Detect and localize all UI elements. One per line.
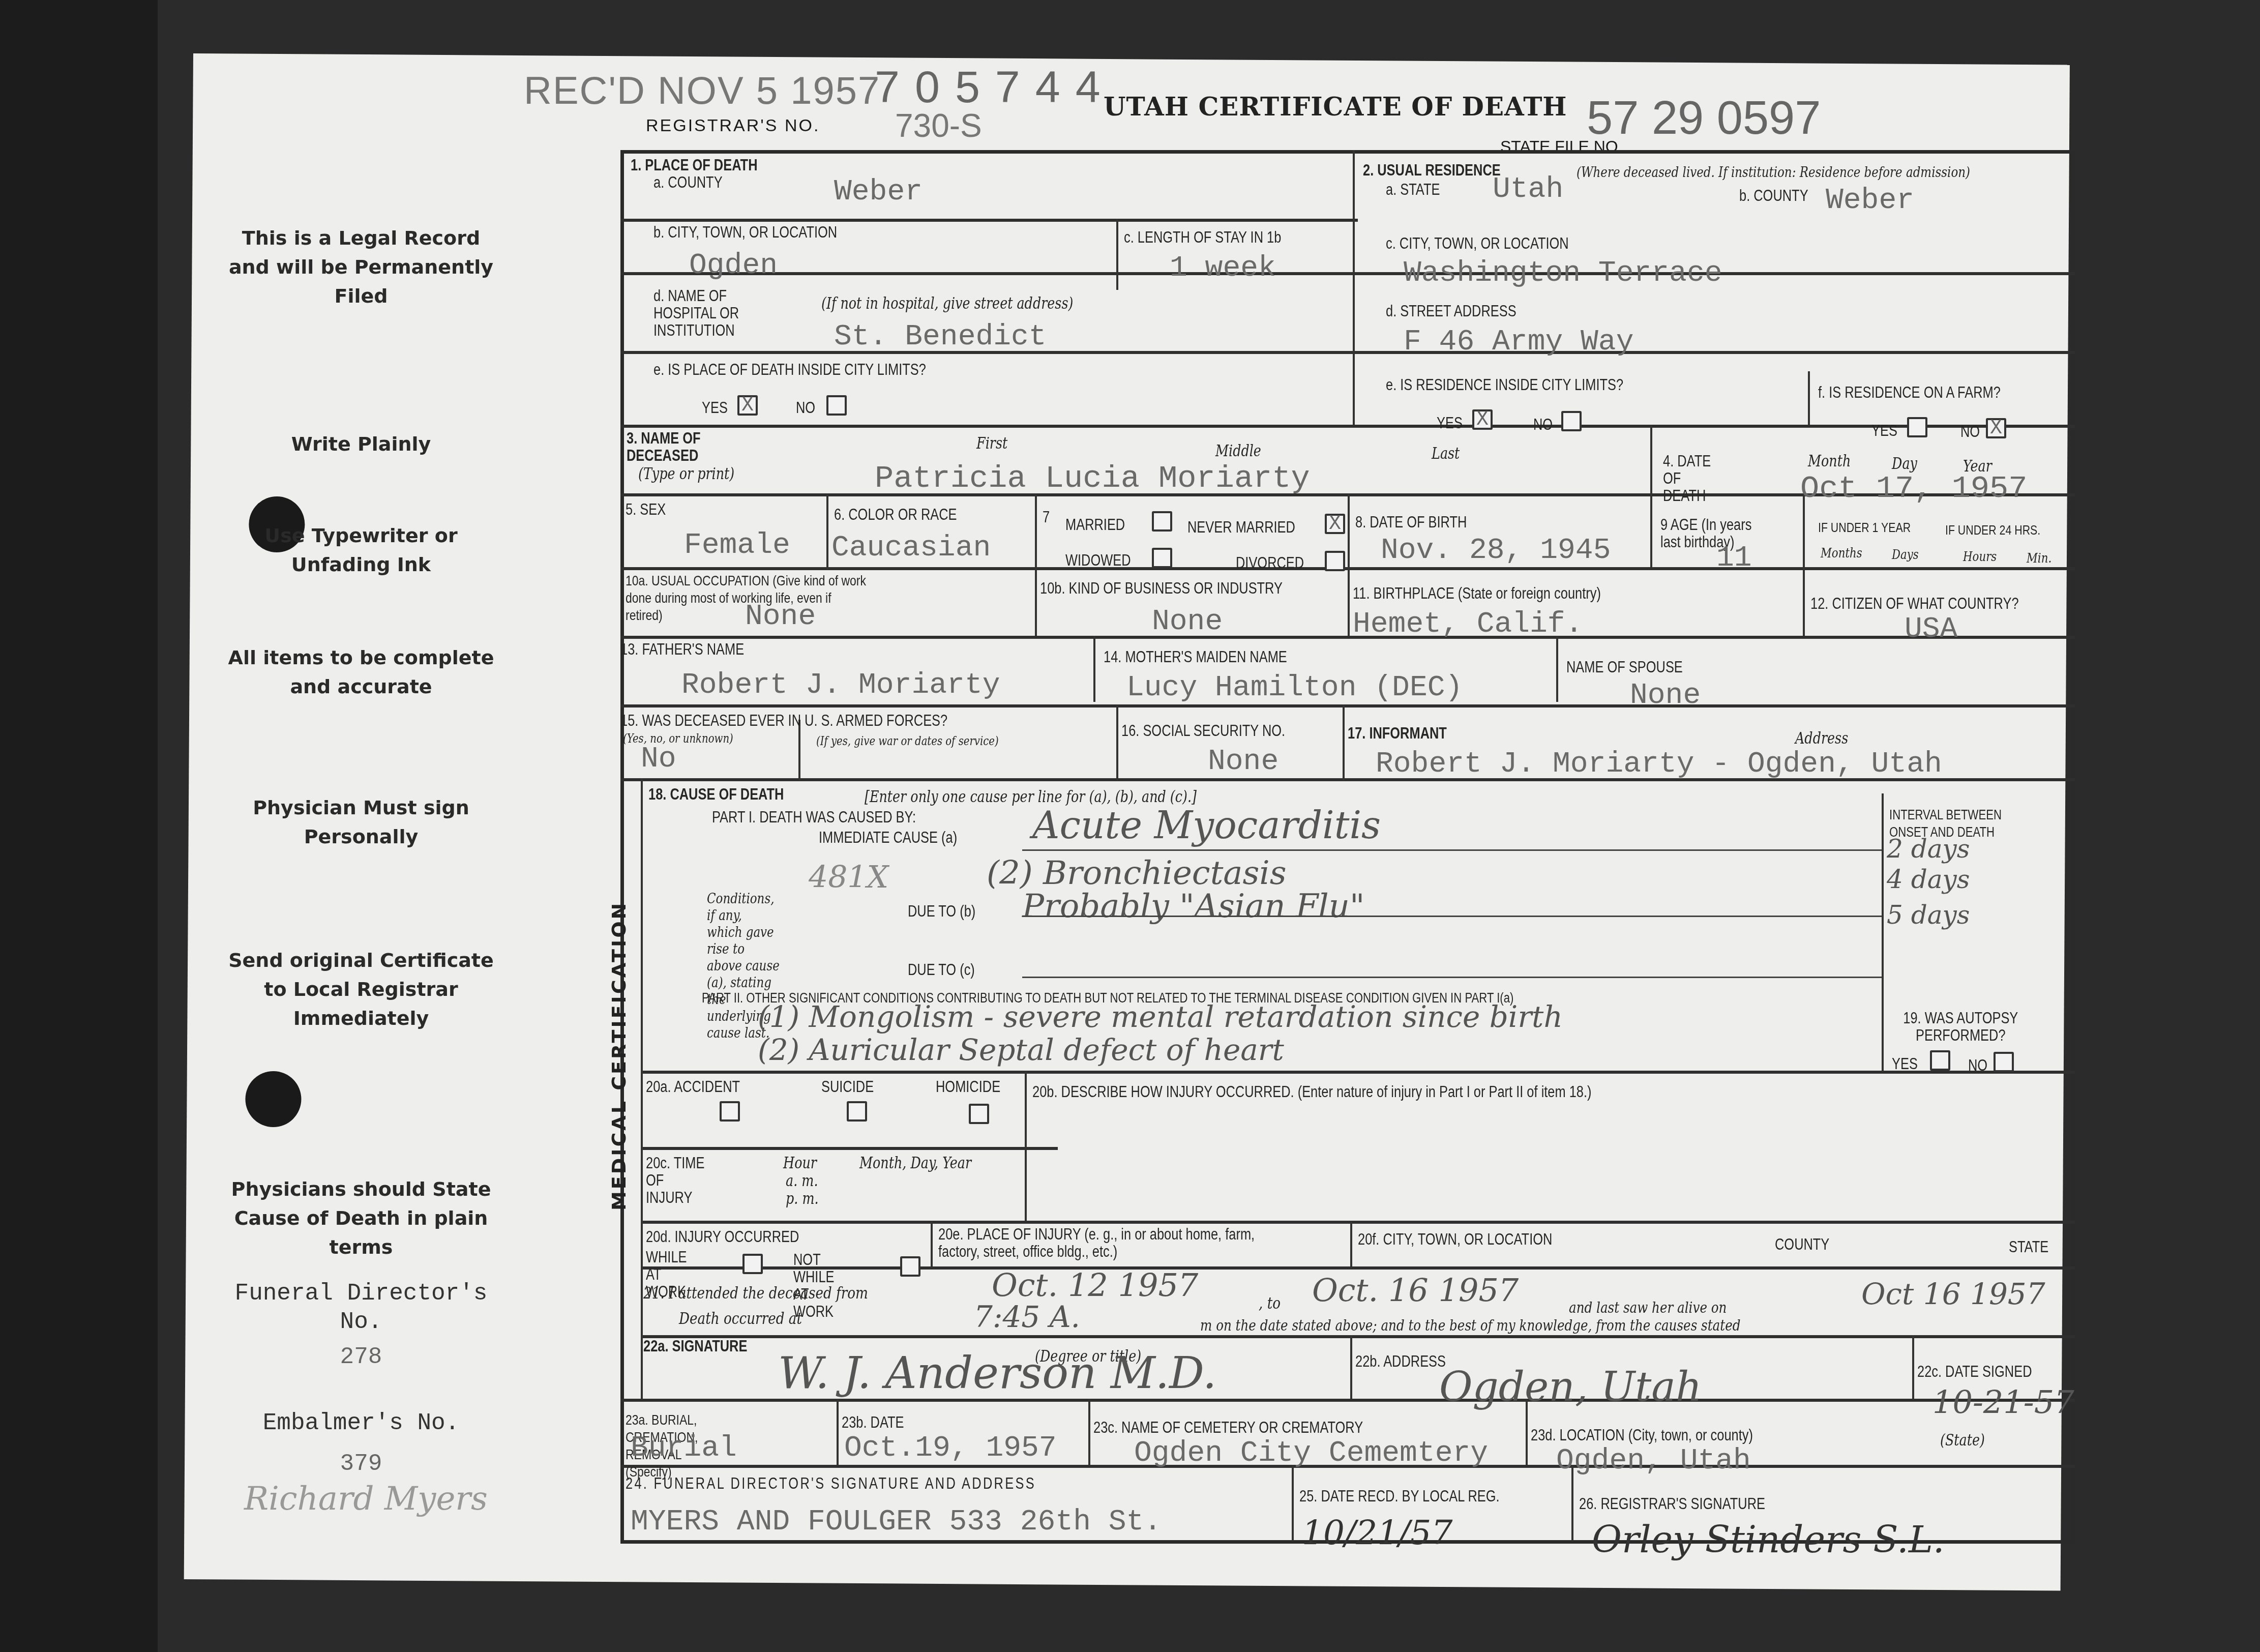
spouse-label: NAME OF SPOUSE — [1566, 659, 1683, 676]
armed-forces-label: 15. WAS DECEASED EVER IN U. S. ARMED FOR… — [620, 712, 947, 729]
death-inside-yes-label: YES — [702, 399, 728, 417]
physician-signature[interactable]: W. J. Anderson M.D. — [778, 1348, 1216, 1399]
under-1-year-label: IF UNDER 1 YEAR — [1818, 519, 1911, 536]
death-inside-limits-label: e. IS PLACE OF DEATH INSIDE CITY LIMITS? — [653, 361, 926, 378]
funeral-director-no-label: Funeral Director's No. — [219, 1279, 503, 1336]
occupation-value[interactable]: None — [745, 600, 816, 633]
death-occurred-label: Death occurred at — [679, 1310, 802, 1327]
hospital-hint: (If not in hospital, give street address… — [821, 295, 1073, 312]
residence-farm-label: f. IS RESIDENCE ON A FARM? — [1818, 384, 2001, 401]
citizen-value[interactable]: USA — [1905, 613, 1957, 646]
mother-name-label: 14. MOTHER'S MAIDEN NAME — [1104, 648, 1287, 666]
hour-label: Hour — [783, 1155, 817, 1172]
informant-value[interactable]: Robert J. Moriarty - Ogden, Utah — [1376, 748, 1942, 781]
cause-code: 481X — [809, 860, 888, 895]
usual-residence-hint: (Where deceased lived. If institution: R… — [1577, 164, 1970, 181]
autopsy-yes-checkbox[interactable] — [1930, 1050, 1950, 1071]
suicide-checkbox[interactable] — [847, 1101, 867, 1122]
embalmer-signature: Richard Myers — [244, 1480, 488, 1518]
hours-label: Hours — [1963, 548, 1997, 566]
residence-inside-no-checkbox[interactable] — [1561, 411, 1582, 431]
month-day-year-label: Month, Day, Year — [859, 1155, 971, 1172]
registrar-signature-label: 26. REGISTRAR'S SIGNATURE — [1579, 1495, 1765, 1513]
never-married-label: NEVER MARRIED — [1187, 519, 1295, 536]
place-of-injury-label: 20e. PLACE OF INJURY (e. g., in or about… — [938, 1226, 1272, 1260]
accident-checkbox[interactable] — [720, 1101, 740, 1122]
divorced-checkbox[interactable] — [1325, 551, 1345, 571]
widowed-checkbox[interactable] — [1152, 548, 1172, 568]
father-name-value[interactable]: Robert J. Moriarty — [681, 669, 1000, 702]
immediate-cause-label: IMMEDIATE CAUSE (a) — [819, 829, 957, 846]
interval-b[interactable]: 4 days — [1887, 865, 1970, 894]
embalmer-no: 379 — [219, 1450, 503, 1478]
birthplace-value[interactable]: Hemet, Calif. — [1353, 608, 1583, 641]
location-value[interactable]: Ogden, Utah — [1556, 1444, 1751, 1478]
residence-street-value[interactable]: F 46 Army Way — [1404, 326, 1633, 359]
residence-city-value[interactable]: Washington Terrace — [1404, 257, 1722, 290]
deceased-name-hint: (Type or print) — [638, 465, 734, 483]
hospital-value[interactable]: St. Benedict — [834, 320, 1047, 353]
hospital-label: d. NAME OF HOSPITAL OR INSTITUTION — [653, 287, 779, 339]
min-label: Min. — [2027, 549, 2051, 567]
note-typewriter: Use Typewriter or Unfading Ink — [219, 521, 503, 579]
autopsy-label: 19. WAS AUTOPSY PERFORMED? — [1892, 1010, 2030, 1044]
under-24-hrs-label: IF UNDER 24 HRS. — [1945, 521, 2040, 539]
time-of-injury-label: 20c. TIME OF INJURY — [646, 1155, 712, 1206]
signature-label: 22a. SIGNATURE — [643, 1338, 747, 1355]
social-security-value[interactable]: None — [1208, 745, 1278, 778]
armed-forces-hint-a: (Yes, no, or unknown) — [623, 730, 733, 748]
part1-label: PART I. DEATH WAS CAUSED BY: — [712, 809, 916, 826]
burial-date-value[interactable]: Oct.19, 1957 — [844, 1432, 1057, 1465]
residence-state-value[interactable]: Utah — [1493, 173, 1563, 206]
part2-line2[interactable]: (2) Auricular Septal defect of heart — [758, 1032, 1284, 1067]
interval-a[interactable]: 2 days — [1887, 834, 1970, 864]
interval-c[interactable]: 5 days — [1887, 900, 1970, 930]
registrars-no-label: REGISTRAR'S NO. — [646, 116, 820, 136]
married-label: MARRIED — [1065, 516, 1125, 534]
describe-injury-label: 20b. DESCRIBE HOW INJURY OCCURRED. (Ente… — [1032, 1083, 1592, 1101]
location-label: 23d. LOCATION (City, town, or county) — [1531, 1427, 1753, 1444]
burial-value[interactable]: Burial — [631, 1432, 737, 1465]
death-month-label: Month — [1808, 453, 1851, 470]
race-value[interactable]: Caucasian — [831, 532, 991, 565]
social-security-label: 16. SOCIAL SECURITY NO. — [1121, 722, 1285, 740]
immediate-cause-value[interactable]: Acute Myocarditis — [1032, 804, 1381, 847]
race-label: 6. COLOR OR RACE — [834, 506, 957, 523]
note-send-original: Send original Certificate to Local Regis… — [219, 946, 503, 1033]
suicide-label: SUICIDE — [821, 1078, 874, 1096]
never-married-checkbox[interactable] — [1325, 514, 1345, 534]
funeral-director-no: 278 — [219, 1343, 503, 1371]
death-city-label: b. CITY, TOWN, OR LOCATION — [653, 224, 837, 241]
note-write-plainly: Write Plainly — [219, 430, 503, 459]
attended-to-label: , to — [1259, 1294, 1281, 1312]
funeral-director-label: 24. FUNERAL DIRECTOR'S SIGNATURE AND ADD… — [626, 1475, 1036, 1492]
embalmer-no-label: Embalmer's No. — [219, 1409, 503, 1437]
business-label: 10b. KIND OF BUSINESS OR INDUSTRY — [1040, 580, 1283, 597]
sex-value[interactable]: Female — [684, 529, 790, 562]
first-name-label: First — [976, 435, 1007, 452]
residence-farm-yes-checkbox[interactable] — [1907, 417, 1927, 437]
medical-certification-label: MEDICAL CERTIFICATION — [608, 901, 630, 1211]
last-name-label: Last — [1432, 445, 1460, 462]
last-saw-label: and last saw her alive on — [1569, 1300, 1727, 1317]
location-state-label: (State) — [1940, 1432, 1985, 1449]
length-of-stay-value[interactable]: 1 week — [1170, 252, 1276, 285]
informant-label: 17. INFORMANT — [1348, 725, 1447, 742]
registrar-signature-value[interactable]: Orley Stinders S.L. — [1592, 1518, 1945, 1561]
death-statement: m on the date stated above; and to the b… — [1200, 1317, 1740, 1335]
accident-label: 20a. ACCIDENT — [646, 1078, 740, 1096]
binder-edge — [0, 0, 158, 1652]
injury-occurred-label: 20d. INJURY OCCURRED — [646, 1228, 799, 1246]
residence-inside-yes-checkbox[interactable] — [1472, 409, 1493, 430]
injury-state-label: STATE — [2009, 1238, 2048, 1256]
residence-farm-no-label: NO — [1960, 423, 1980, 440]
age-value[interactable]: 11 — [1716, 542, 1752, 575]
note-complete: All items to be complete and accurate — [219, 643, 503, 701]
death-county-value[interactable]: Weber — [834, 175, 923, 209]
date-of-death-value[interactable]: Oct 17, 1957 — [1800, 470, 2027, 507]
deceased-name-value[interactable]: Patricia Lucia Moriarty — [875, 460, 1310, 496]
due-to-c-label: DUE TO (c) — [908, 961, 975, 979]
business-value[interactable]: None — [1152, 605, 1223, 638]
mother-name-value[interactable]: Lucy Hamilton (DEC) — [1126, 671, 1463, 704]
death-county-label: a. COUNTY — [653, 174, 723, 191]
not-while-at-work-checkbox[interactable] — [900, 1256, 920, 1277]
death-time-value[interactable]: 7:45 A. — [974, 1300, 1080, 1334]
injury-county-label: COUNTY — [1775, 1236, 1829, 1253]
cause-of-death-label: 18. CAUSE OF DEATH — [648, 786, 784, 803]
middle-name-label: Middle — [1215, 442, 1261, 460]
residence-state-label: a. STATE — [1386, 181, 1440, 198]
funeral-director-value[interactable]: MYERS AND FOULGER 533 26th St. — [631, 1506, 1162, 1539]
spouse-value[interactable]: None — [1630, 679, 1701, 712]
attended-from-value[interactable]: Oct. 12 1957 — [992, 1266, 1198, 1304]
attended-label: 21. I attended the deceased from — [643, 1284, 868, 1302]
autopsy-no-checkbox[interactable] — [1994, 1052, 2014, 1072]
burial-date-label: 23b. DATE — [842, 1414, 904, 1431]
death-inside-yes-checkbox[interactable] — [737, 395, 758, 416]
pm-label: p. m. — [786, 1190, 819, 1207]
residence-inside-limits-label: e. IS RESIDENCE INSIDE CITY LIMITS? — [1386, 376, 1623, 394]
age-label: 9 AGE (In years last birthday) — [1660, 516, 1769, 551]
immediate-cause-2-value[interactable]: (2) Bronchiectasis — [987, 854, 1287, 892]
autopsy-yes-label: YES — [1892, 1055, 1918, 1073]
death-inside-no-label: NO — [796, 399, 815, 417]
cemetery-value[interactable]: Ogden City Cememtery — [1134, 1437, 1488, 1470]
homicide-label: HOMICIDE — [936, 1078, 1000, 1096]
while-at-work-checkbox[interactable] — [742, 1254, 763, 1274]
date-of-death-label: 4. DATE OF DEATH — [1663, 453, 1717, 505]
residence-county-label: b. COUNTY — [1739, 187, 1808, 204]
homicide-checkbox[interactable] — [969, 1104, 989, 1124]
date-signed-label: 22c. DATE SIGNED — [1917, 1363, 2032, 1380]
registrars-no: 730-S — [895, 107, 982, 144]
note-plain-terms: Physicians should State Cause of Death i… — [219, 1175, 503, 1262]
due-to-b-value[interactable]: Probably "Asian Flu" — [1022, 888, 1364, 925]
place-of-death-label: 1. PLACE OF DEATH — [631, 157, 758, 174]
death-city-value[interactable]: Ogden — [689, 249, 778, 282]
residence-farm-yes-label: YES — [1871, 422, 1897, 439]
marital-label: 7 — [1043, 509, 1050, 526]
residence-county-value[interactable]: Weber — [1826, 184, 1914, 217]
physician-address-value[interactable]: Ogden, Utah — [1439, 1363, 1702, 1410]
death-day-label: Day — [1892, 455, 1917, 473]
date-received-value[interactable]: 10/21/57 — [1302, 1513, 1452, 1552]
usual-residence-label: 2. USUAL RESIDENCE — [1363, 162, 1501, 179]
days-label: Days — [1892, 546, 1919, 564]
residence-street-label: d. STREET ADDRESS — [1386, 303, 1516, 320]
father-name-label: 13. FATHER'S NAME — [620, 641, 744, 658]
residence-inside-yes-label: YES — [1437, 415, 1463, 432]
armed-forces-value[interactable]: No — [641, 743, 676, 776]
attended-to-value[interactable]: Oct. 16 1957 — [1312, 1272, 1519, 1309]
widowed-label: WIDOWED — [1065, 552, 1131, 569]
am-label: a. m. — [786, 1172, 818, 1190]
months-label: Months — [1821, 544, 1862, 562]
note-physician-sign: Physician Must sign Personally — [219, 793, 503, 851]
deceased-name-label: 3. NAME OF DECEASED — [627, 430, 744, 464]
married-checkbox[interactable] — [1152, 511, 1172, 532]
armed-forces-hint-b: (If yes, give war or dates of service) — [816, 732, 999, 750]
due-to-b-label: DUE TO (b) — [908, 903, 975, 920]
sex-label: 5. SEX — [626, 501, 666, 518]
date-received-label: 25. DATE RECD. BY LOCAL REG. — [1299, 1488, 1500, 1505]
part2-line1[interactable]: (1) Mongolism - severe mental retardatio… — [758, 999, 1563, 1034]
citizen-label: 12. CITIZEN OF WHAT COUNTRY? — [1810, 595, 2019, 612]
last-saw-value[interactable]: Oct 16 1957 — [1861, 1277, 2045, 1311]
residence-farm-no-checkbox[interactable] — [1986, 418, 2006, 438]
physician-address-label: 22b. ADDRESS — [1355, 1353, 1446, 1370]
date-signed-value[interactable]: 10-21-57 — [1932, 1383, 2074, 1421]
birthplace-label: 11. BIRTHPLACE (State or foreign country… — [1353, 585, 1601, 602]
death-inside-no-checkbox[interactable] — [826, 395, 847, 416]
note-legal-record: This is a Legal Record and will be Perma… — [219, 224, 503, 311]
date-of-birth-value[interactable]: Nov. 28, 1945 — [1381, 534, 1611, 567]
stamp-number: 705744 — [875, 61, 1116, 113]
punch-hole-bottom — [245, 1071, 302, 1128]
autopsy-no-label: NO — [1968, 1057, 1987, 1074]
received-stamp: REC'D NOV 5 1957 — [524, 69, 880, 113]
date-of-birth-label: 8. DATE OF BIRTH — [1355, 514, 1467, 531]
residence-city-label: c. CITY, TOWN, OR LOCATION — [1386, 235, 1569, 252]
residence-inside-no-label: NO — [1533, 416, 1553, 433]
informant-address-label: Address — [1795, 730, 1848, 747]
injury-city-label: 20f. CITY, TOWN, OR LOCATION — [1358, 1231, 1552, 1248]
length-of-stay-label: c. LENGTH OF STAY IN 1b — [1124, 229, 1281, 246]
divorced-label: DIVORCED — [1236, 554, 1304, 572]
cemetery-label: 23c. NAME OF CEMETERY OR CREMATORY — [1093, 1419, 1363, 1436]
certificate-title: UTAH CERTIFICATE OF DEATH — [1104, 92, 1567, 122]
cause-of-death-hint: [Enter only one cause per line for (a), … — [865, 788, 1197, 806]
